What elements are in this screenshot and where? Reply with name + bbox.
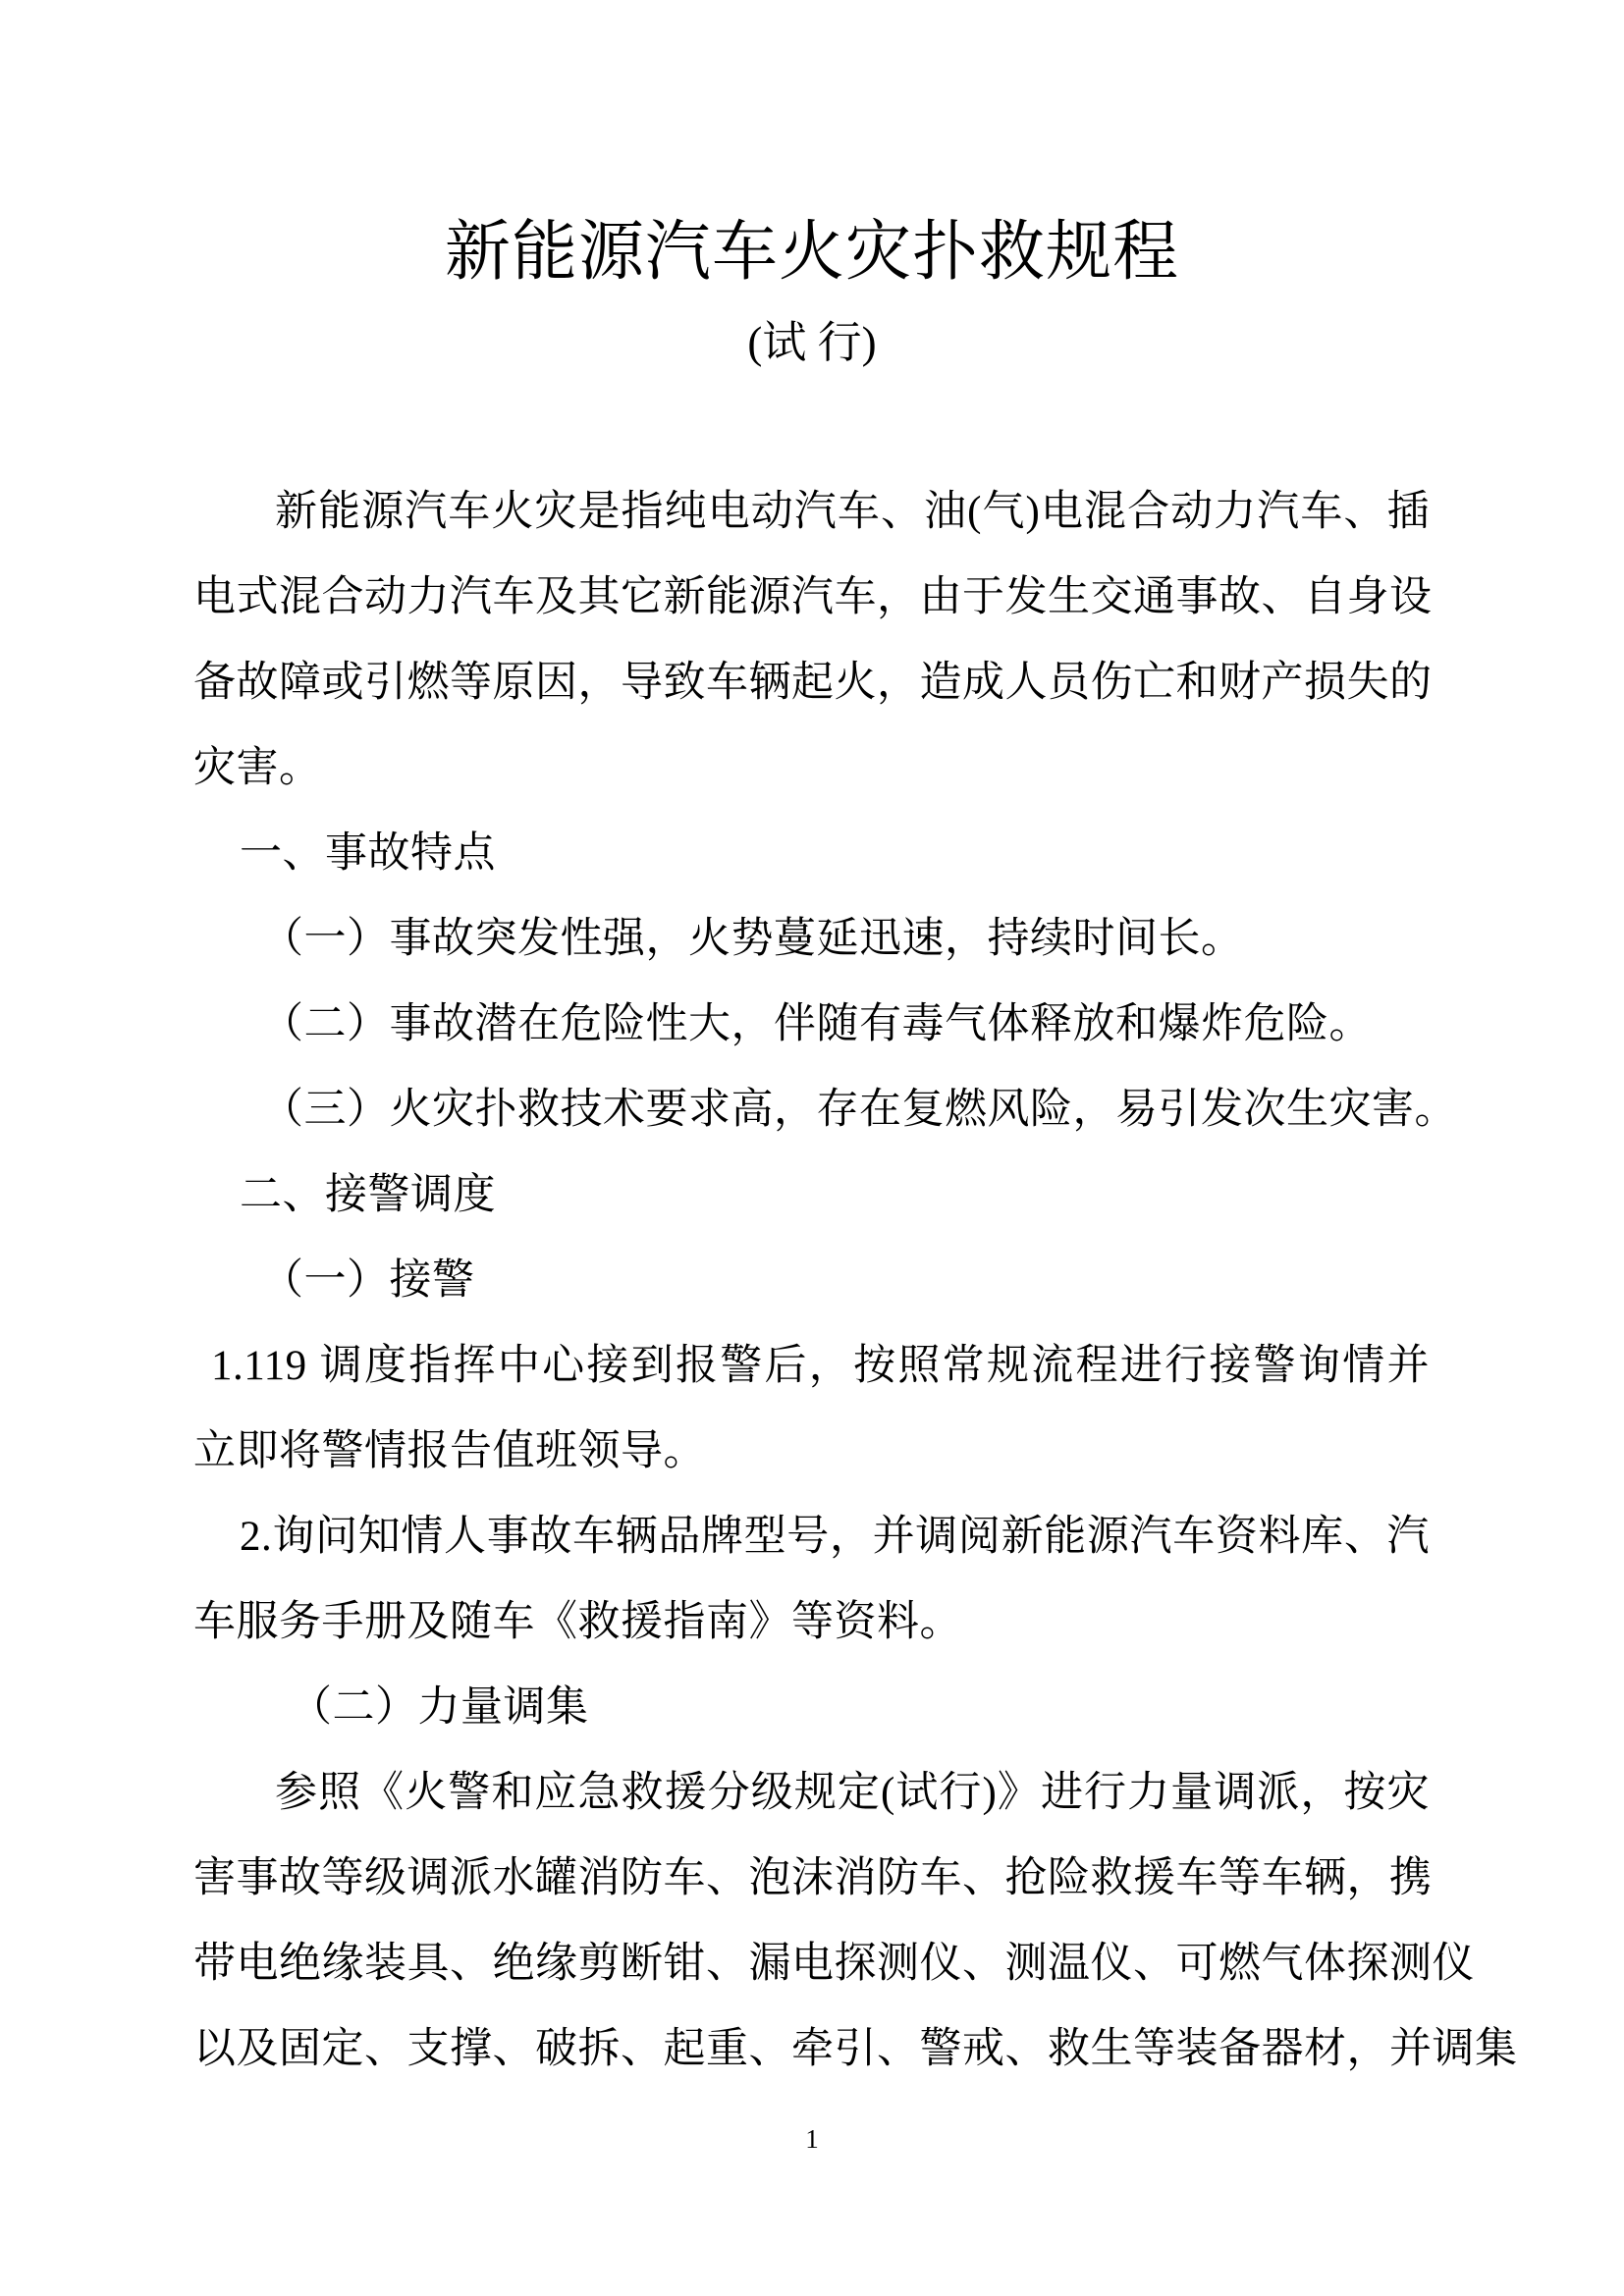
page-number: 1 [0,2123,1624,2156]
document-body: 新能源汽车火灾是指纯电动汽车、油(气)电混合动力汽车、插电式混合动力汽车及其它新… [193,469,1430,2092]
document-subtitle: (试 行) [0,314,1624,371]
text-line: 害事故等级调派水罐消防车、泡沫消防车、抢险救援车等车辆，携 [193,1836,1430,1921]
text-line: （二）力量调集 [193,1665,1430,1750]
text-line: 参照《火警和应急救援分级规定(试行)》进行力量调派，按灾 [193,1750,1430,1836]
document-title: 新能源汽车火灾扑救规程 [0,214,1624,291]
text-line: 以及固定、支撑、破拆、起重、牵引、警戒、救生等装备器材，并调集 [193,2006,1430,2092]
text-line: 2.询问知情人事故车辆品牌型号，并调阅新能源汽车资料库、汽 [193,1494,1430,1579]
text-line: 车服务手册及随车《救援指南》等资料。 [193,1579,1430,1665]
page: 新能源汽车火灾扑救规程 (试 行) 新能源汽车火灾是指纯电动汽车、油(气)电混合… [0,0,1624,2296]
text-line: 备故障或引燃等原因，导致车辆起火，造成人员伤亡和财产损失的 [193,640,1430,725]
text-line: 新能源汽车火灾是指纯电动汽车、油(气)电混合动力汽车、插 [193,469,1430,555]
text-line: 带电绝缘装具、绝缘剪断钳、漏电探测仪、测温仪、可燃气体探测仪 [193,1921,1430,2006]
text-line: 电式混合动力汽车及其它新能源汽车，由于发生交通事故、自身设 [193,555,1430,640]
text-line: 1.119 调度指挥中心接到报警后，按照常规流程进行接警询情并 [193,1323,1430,1409]
text-line: 灾害。 [193,725,1430,811]
text-line: （一）事故突发性强，火势蔓延迅速，持续时间长。 [193,896,1430,982]
text-line: （二）事故潜在危险性大，伴随有毒气体释放和爆炸危险。 [193,982,1430,1067]
text-line: 二、接警调度 [193,1152,1430,1238]
text-line: 一、事故特点 [193,811,1430,896]
text-line: （一）接警 [193,1238,1430,1323]
text-line: 立即将警情报告值班领导。 [193,1409,1430,1494]
text-line: （三）火灾扑救技术要求高，存在复燃风险，易引发次生灾害。 [193,1067,1430,1152]
